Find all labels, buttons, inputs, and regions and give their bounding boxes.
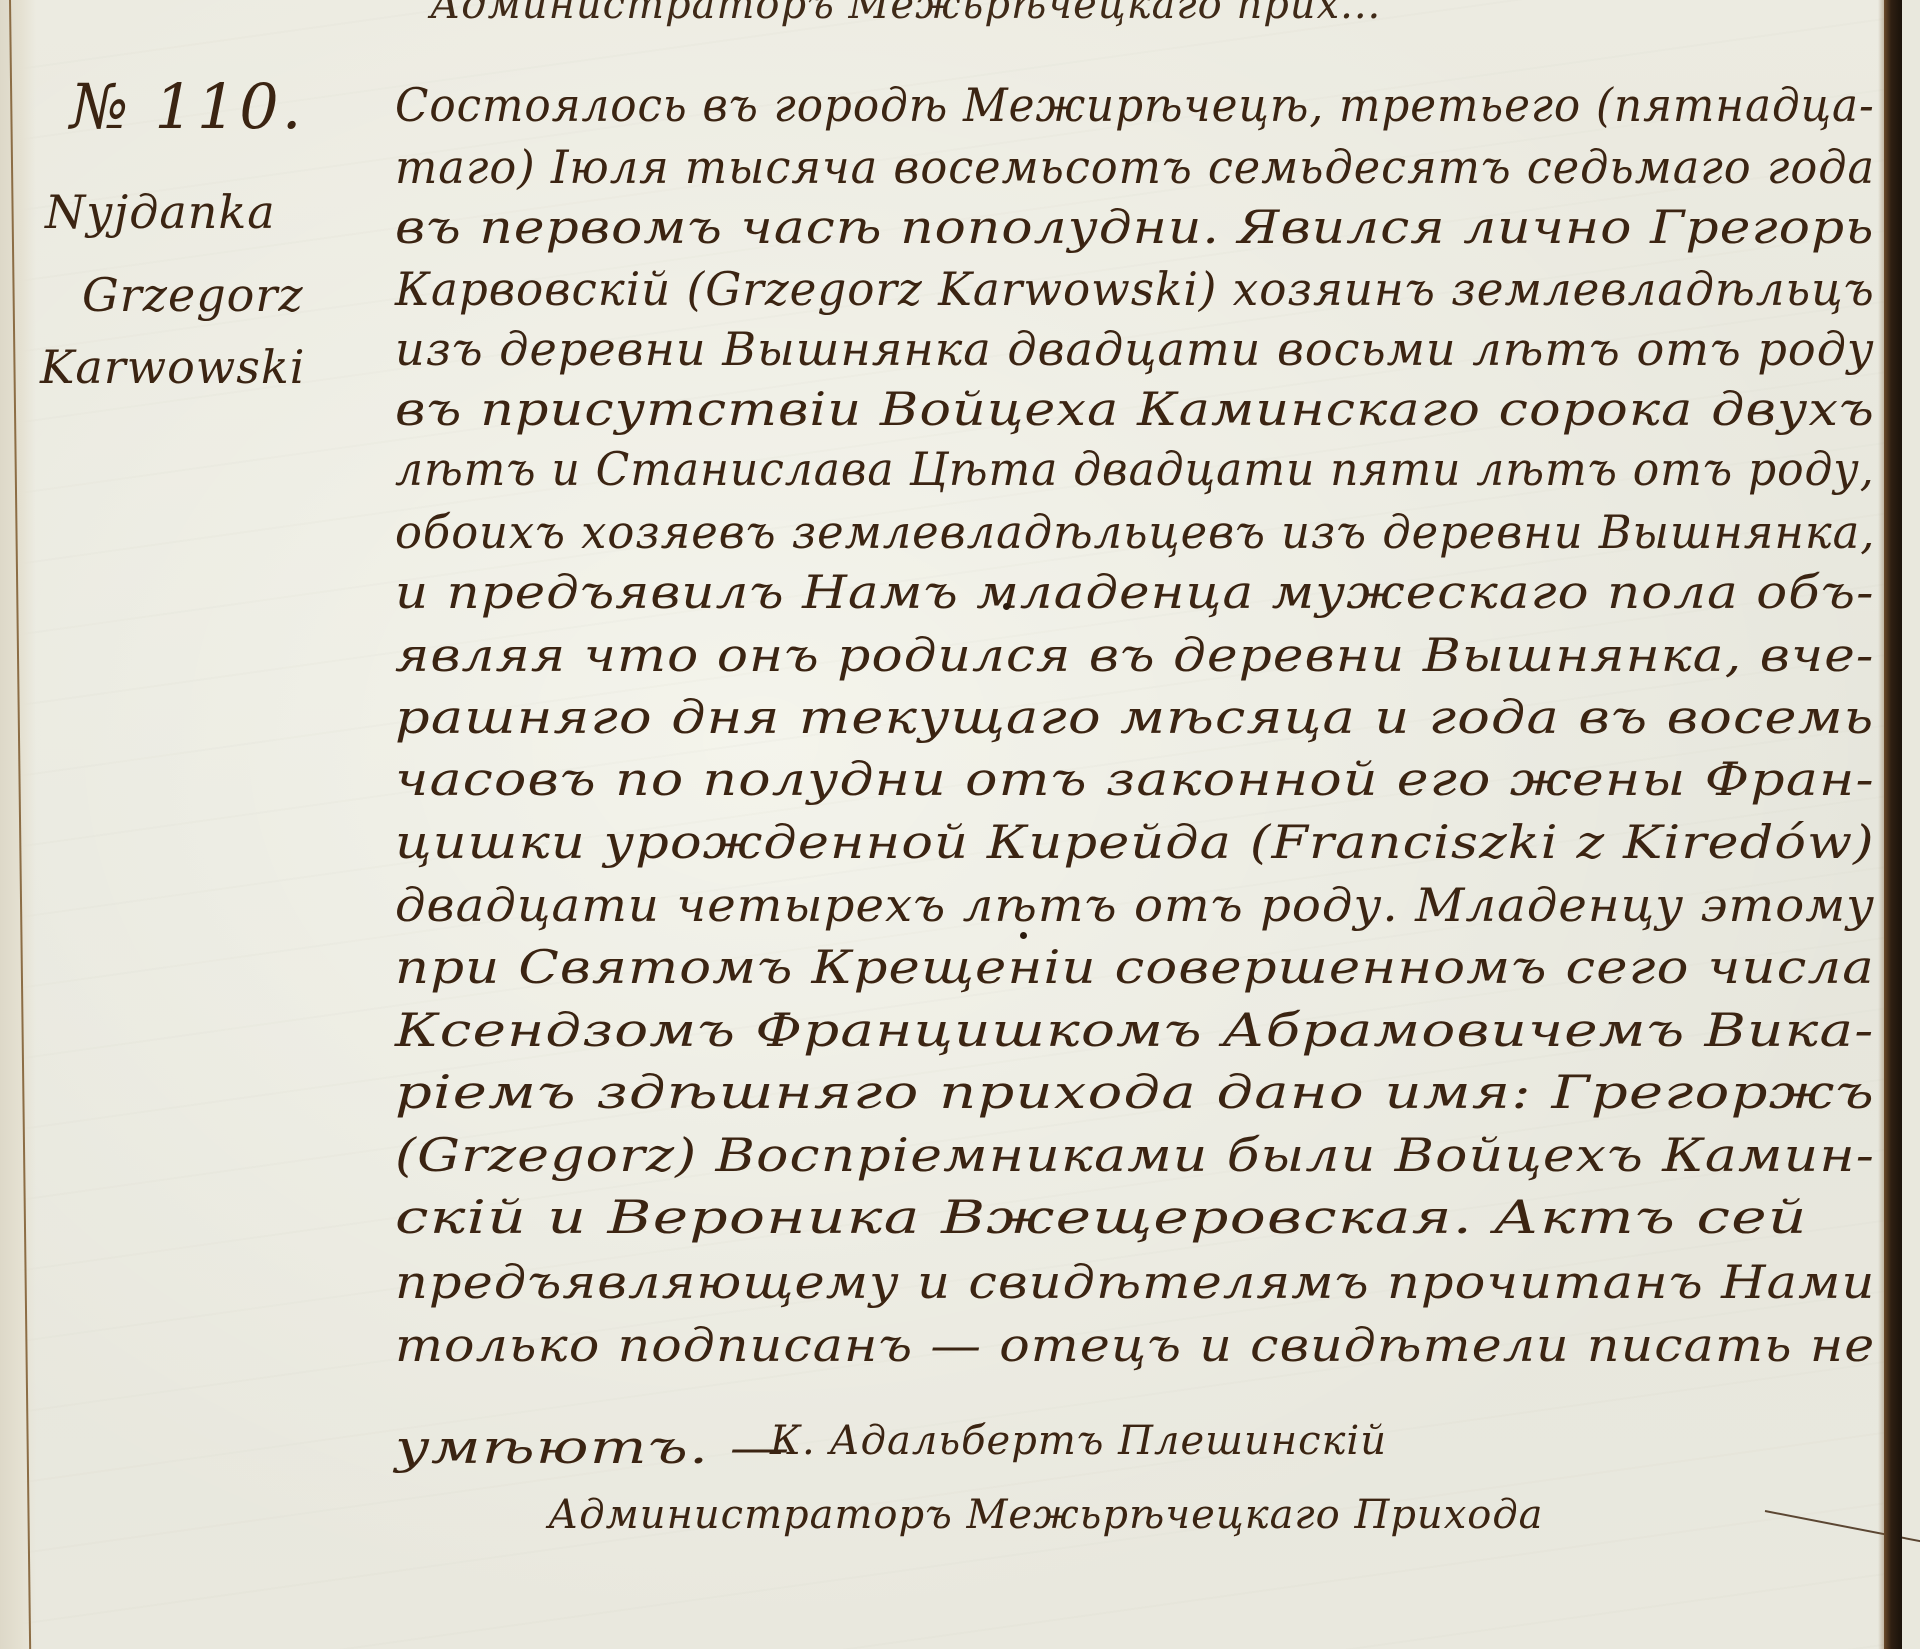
- record-line: и предъявилъ Намъ младенца мужескаго пол…: [395, 565, 1875, 619]
- book-cover-edge: [1884, 0, 1902, 1649]
- record-line: предъявляющему и свидѣтелямъ прочитанъ Н…: [395, 1255, 1875, 1309]
- record-line: Карвовскій (Grzegorz Karwowski) хозяинъ …: [395, 262, 1875, 316]
- record-line: въ присутствіи Войцеха Каминскаго сорока…: [395, 382, 1875, 436]
- record-line: обоихъ хозяевъ землевладѣльцевъ изъ дере…: [395, 505, 1875, 559]
- signature-administrator-title: Администраторъ Межьрѣчецкаго Прихода: [548, 1492, 1544, 1538]
- record-line: лѣтъ и Станислава Цѣта двадцати пяти лѣт…: [395, 442, 1875, 496]
- ink-dot: [1003, 603, 1010, 610]
- header-fragment-previous-record: Администраторъ Межьрѣчецкаго прих...: [430, 0, 1381, 28]
- record-line: въ первомъ часѣ пополудни. Явился лично …: [395, 200, 1875, 254]
- record-line: умѣютъ. —: [395, 1420, 791, 1474]
- record-line: рашняго дня текущаго мѣсяца и года въ во…: [395, 690, 1874, 744]
- record-line: Ксендзомъ Францишкомъ Абрамовичемъ Вика-: [395, 1003, 1875, 1057]
- scanned-page: Администраторъ Межьрѣчецкаго прих... № 1…: [0, 0, 1902, 1649]
- record-line: таго) Іюля тысяча восемьсотъ семьдесятъ …: [395, 140, 1875, 194]
- record-line: ріемъ здѣшняго прихода дано имя: Грегорж…: [395, 1065, 1875, 1119]
- binding-edge: [0, 0, 36, 1649]
- margin-surname: Karwowski: [40, 340, 305, 394]
- record-line: Состоялось въ городѣ Межирѣчецѣ, третьег…: [395, 78, 1875, 132]
- record-line: часовъ по полудни отъ законной его жены …: [395, 752, 1875, 806]
- margin-record-type: Nуjдanka: [45, 185, 276, 239]
- record-line: только подписанъ — отецъ и свидѣтели пис…: [395, 1318, 1875, 1372]
- record-line: изъ деревни Вышнянка двадцати восьми лѣт…: [395, 322, 1875, 376]
- record-line: при Святомъ Крещеніи совершенномъ сего ч…: [395, 940, 1875, 994]
- margin-given-name: Grzegorz: [82, 268, 304, 322]
- record-line: цишки урожденной Кирейда (Franciszki z K…: [395, 815, 1875, 869]
- record-line: (Grzegorz) Воспріемниками были Войцехъ К…: [395, 1128, 1875, 1182]
- record-line: двадцати четырехъ лѣтъ отъ роду. Младенц…: [395, 878, 1875, 932]
- signature-priest-name: К. Адальбертъ Плешинскій: [770, 1418, 1387, 1464]
- record-line: скій и Вероника Вжещеровская. Актъ сей: [395, 1190, 1808, 1244]
- record-line: являя что онъ родился въ деревни Вышнянк…: [395, 628, 1875, 682]
- ink-dot: [1020, 932, 1027, 939]
- record-number: № 110.: [70, 70, 304, 143]
- ink-dot: [1566, 774, 1571, 779]
